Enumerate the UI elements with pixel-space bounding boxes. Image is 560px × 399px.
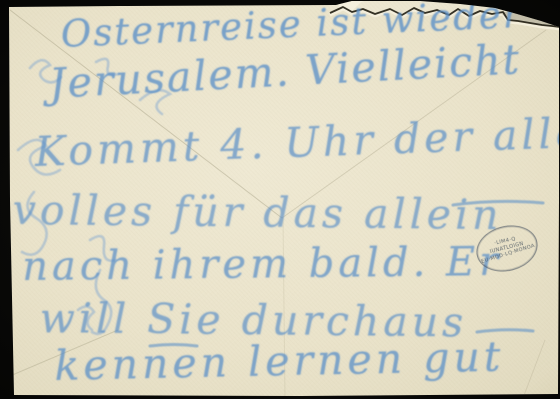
handwriting-line-7: kennen lernen gut [54, 333, 505, 390]
flap-crease-bottom-right [523, 340, 545, 398]
scan-background: Osternreise ist wieder Jerusalem. Vielle… [0, 0, 560, 399]
handwriting-line-4: volles für das allein [12, 186, 502, 239]
envelope-back: Osternreise ist wieder Jerusalem. Vielle… [0, 0, 560, 399]
overline-durchaus [477, 330, 533, 332]
handwriting-line-3: Kommt 4. Uhr der alle [34, 109, 560, 176]
handwriting-line-5: nach ihrem bald. Er [22, 239, 503, 290]
